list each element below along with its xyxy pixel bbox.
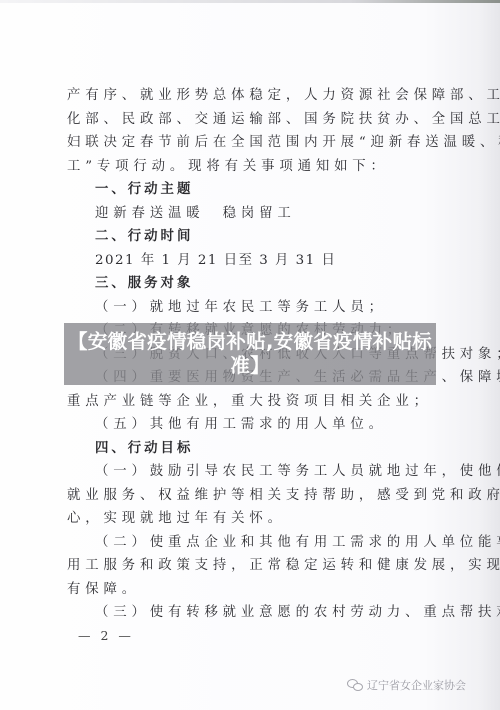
paragraph-line: 妇联决定春节前后在全国范围内开展“迎新春送温暖、稳岗留 — [67, 131, 437, 155]
section-heading: 一、行动主题 — [67, 178, 437, 202]
paragraph-line: 化部、民政部、交通运输部、国务院扶贫办、全国总工会、全国 — [67, 108, 437, 132]
paragraph-line: （三）使有转移就业意愿的农村劳动力、重点帮扶对象、节 — [67, 601, 437, 625]
watermark: 辽宁省女企业家协会 — [347, 677, 466, 693]
paragraph-line: 用工服务和政策支持，正常稳定运转和健康发展，实现开工复工 — [67, 554, 437, 578]
section-body: 迎新春送温暖 稳岗留工 — [67, 202, 437, 226]
paragraph-line: 就业服务、权益维护等相关支持帮助，感受到党和政府的温暖关 — [67, 484, 437, 508]
wechat-icon — [347, 679, 363, 691]
paragraph-line: 工”专项行动。现将有关事项通知如下： — [67, 155, 437, 179]
section-heading: 三、服务对象 — [67, 272, 437, 296]
section-heading: 四、行动目标 — [67, 437, 437, 461]
page-number: — 2 — — [78, 628, 134, 643]
list-item-continued: 重点产业链等企业，重大投资项目相关企业； — [67, 390, 437, 414]
section-body: 2021 年 1 月 21 日至 3 月 31 日 — [67, 249, 437, 273]
paragraph-line: （一）鼓励引导农民工等务工人员就地过年，使他们能得到 — [67, 460, 437, 484]
title-banner: 【安徽省疫情稳岗补贴,安徽省疫情补贴标准】 — [64, 323, 436, 385]
watermark-text: 辽宁省女企业家协会 — [367, 677, 466, 693]
paragraph-line: 心，实现就地过年有关怀。 — [67, 507, 437, 531]
list-item: （五）其他有用工需求的用人单位。 — [67, 413, 437, 437]
scan-edge — [0, 0, 500, 3]
document-page: 产有序、就业形势总体稳定，人力资源社会保障部、工业和信息 化部、民政部、交通运输… — [0, 0, 500, 710]
paragraph-line: （二）使重点企业和其他有用工需求的用人单位能享受相关 — [67, 531, 437, 555]
paragraph-line: 产有序、就业形势总体稳定，人力资源社会保障部、工业和信息 — [67, 84, 437, 108]
list-item: （一）就地过年农民工等务工人员； — [67, 296, 437, 320]
paragraph-line: 有保障。 — [67, 578, 437, 602]
section-heading: 二、行动时间 — [67, 225, 437, 249]
